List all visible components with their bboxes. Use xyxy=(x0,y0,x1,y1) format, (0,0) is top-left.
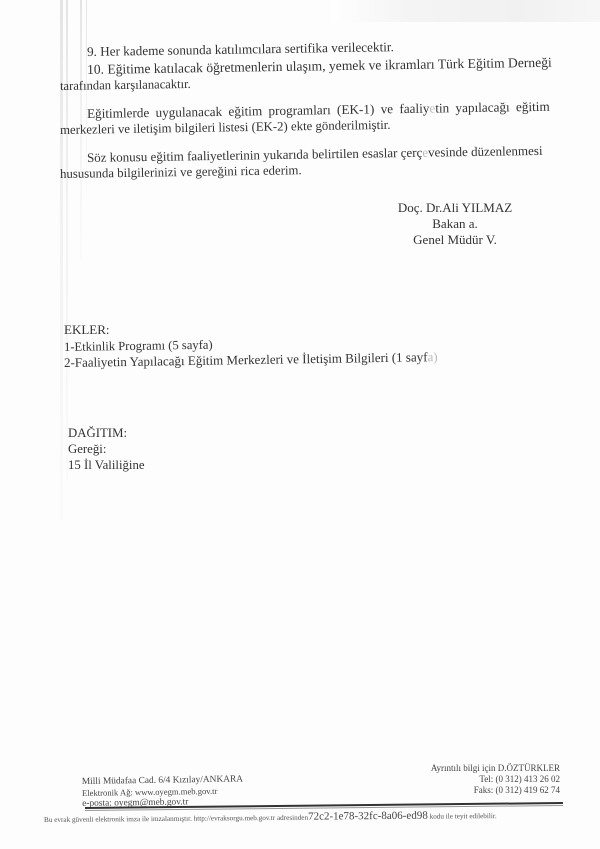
distribution-recipient: 15 İl Valiliğine xyxy=(68,457,145,473)
distribution-heading: DAĞITIM: xyxy=(68,425,127,441)
signatory-name: Doç. Dr.Ali YILMAZ xyxy=(395,200,515,216)
paragraph-request-line1: Söz konusu eğitim faaliyetlerinin yukarı… xyxy=(87,143,543,166)
attachments-heading: EKLER: xyxy=(64,322,110,338)
distribution-label: Gereği: xyxy=(68,441,106,457)
footer-contact-block: Ayrıntılı bilgi için D.ÖZTÜRKLER Tel: (0… xyxy=(410,763,560,796)
scan-artifact xyxy=(330,0,600,22)
signature-block: Doç. Dr.Ali YILMAZ Bakan a. Genel Müdür … xyxy=(395,200,515,248)
signatory-position: Genel Müdür V. xyxy=(395,232,515,248)
scan-artifact xyxy=(66,0,68,480)
paragraph-request-line2: hususunda bilgilerinizi ve gereğini rica… xyxy=(60,162,302,182)
e-signature-verification: Bu evrak güvenli elektronik imza ile imz… xyxy=(44,809,497,825)
footer-fax: Faks: (0 312) 419 62 74 xyxy=(410,785,560,796)
signatory-title: Bakan a. xyxy=(395,216,515,232)
footer-tel: Tel: (0 312) 413 26 02 xyxy=(410,774,560,785)
document-page: 9. Her kademe sonunda katılımcılara sert… xyxy=(0,0,600,849)
verification-code: 72c2-1e78-32fc-8a06-ed98 xyxy=(308,810,428,823)
list-item-10-continued: tarafından karşılanacaktır. xyxy=(60,76,191,94)
footer-contact-person: Ayrıntılı bilgi için D.ÖZTÜRKLER xyxy=(410,763,560,774)
list-item-9: 9. Her kademe sonunda katılımcılara sert… xyxy=(87,39,394,60)
